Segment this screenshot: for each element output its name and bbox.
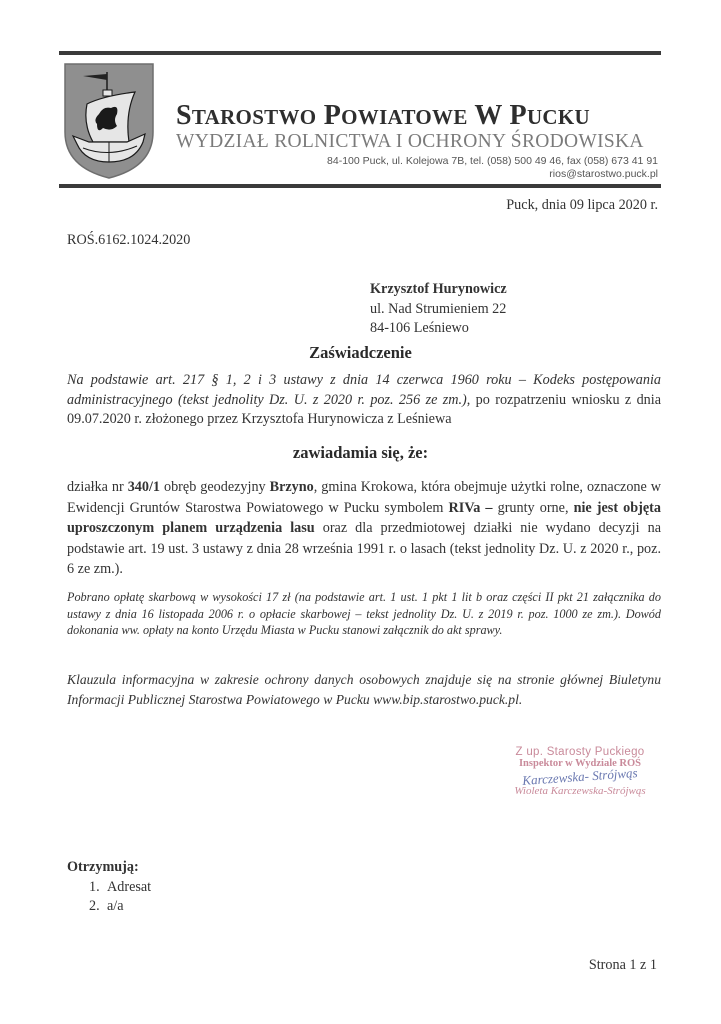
coat-of-arms-icon [63, 62, 155, 180]
gdpr-note: Klauzula informacyjna w zakresie ochrony… [67, 670, 661, 709]
recipient-city: 84-106 Leśniewo [370, 319, 507, 339]
reference-number: ROŚ.6162.1024.2020 [67, 231, 190, 251]
legal-basis-paragraph: Na podstawie art. 217 § 1, 2 i 3 ustawy … [67, 371, 661, 430]
email-address: rios@starostwo.puck.pl [549, 168, 658, 180]
recipient-name: Krzysztof Hurynowicz [370, 280, 507, 300]
distribution-heading: Otrzymują: [67, 858, 151, 878]
date-line: Puck, dnia 09 lipca 2020 r. [506, 196, 658, 216]
list-item: 1.Adresat [67, 878, 151, 898]
notice-heading: zawiadamia się, że: [0, 443, 721, 463]
header-bottom-rule [59, 184, 661, 188]
page-number: Strona 1 z 1 [589, 956, 657, 976]
signature-stamp: Z up. Starosty Puckiego Inspektor w Wydz… [490, 746, 670, 797]
main-paragraph: działka nr 340/1 obręb geodezyjny Brzyno… [67, 477, 661, 580]
header-top-rule [59, 51, 661, 55]
recipient-street: ul. Nad Strumieniem 22 [370, 300, 507, 320]
distribution-list: Otrzymują: 1.Adresat 2.a/a [67, 858, 151, 917]
fee-note: Pobrano opłatę skarbową w wysokości 17 z… [67, 589, 661, 639]
list-item: 2.a/a [67, 897, 151, 917]
document-title: Zaświadczenie [0, 343, 721, 363]
department-subtitle: WYDZIAŁ ROLNICTWA I OCHRONY ŚRODOWISKA [176, 131, 644, 153]
stamp-line-1: Z up. Starosty Puckiego [490, 746, 670, 758]
institution-title: STAROSTWO POWIATOWE W PUCKU [176, 100, 590, 132]
contact-line: 84-100 Puck, ul. Kolejowa 7B, tel. (058)… [327, 155, 658, 167]
recipient-address: Krzysztof Hurynowicz ul. Nad Strumieniem… [370, 280, 507, 339]
